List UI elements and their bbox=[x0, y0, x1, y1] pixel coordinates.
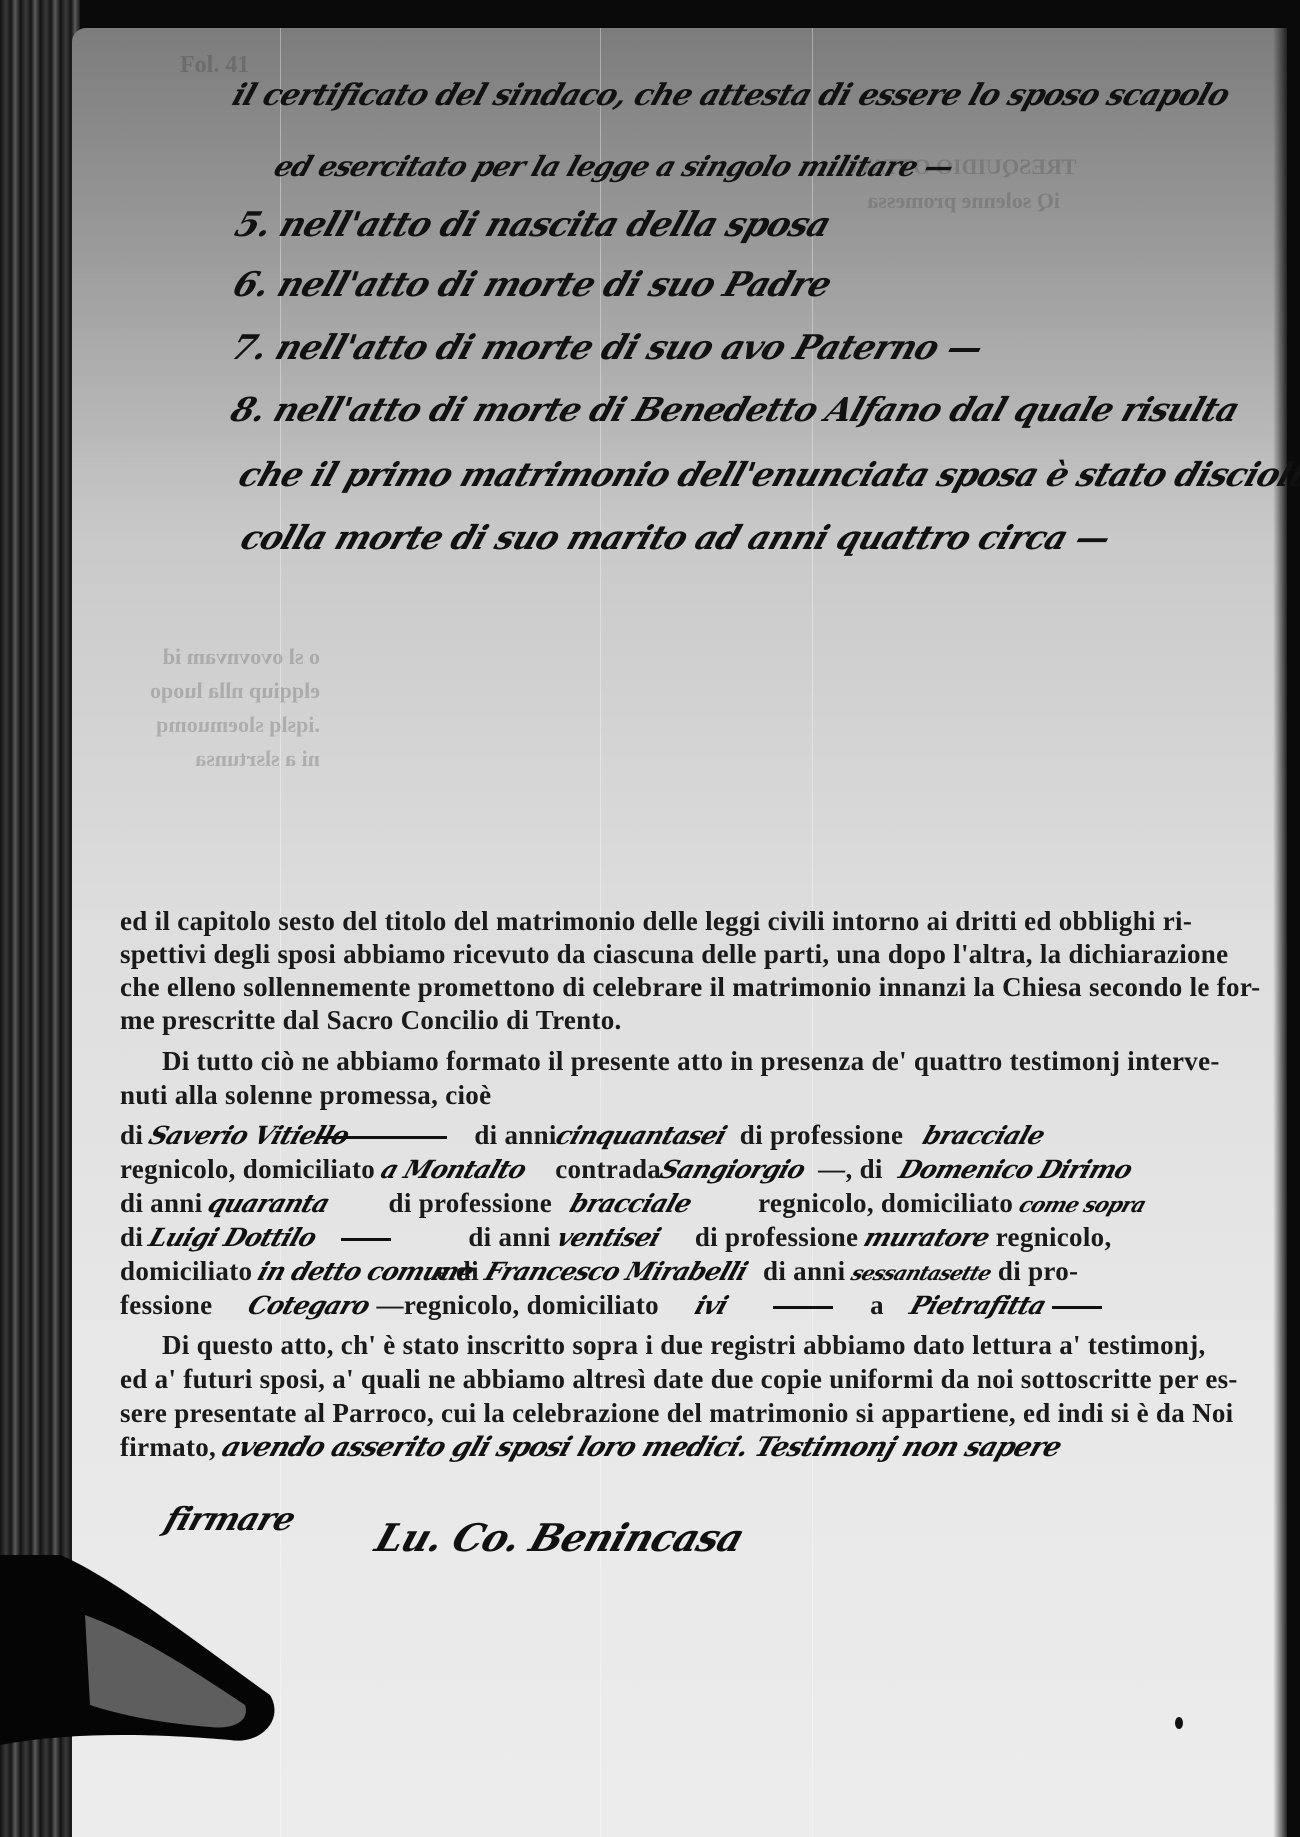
witness-3-profession: muratore bbox=[860, 1221, 994, 1254]
printed-line: ed a' futuri sposi, a' quali ne abbiamo … bbox=[120, 1363, 1238, 1396]
printed-line: ed il capitolo sesto del titolo del matr… bbox=[120, 905, 1192, 938]
printed-line: sere presentate al Parroco, cui la celeb… bbox=[120, 1397, 1233, 1430]
printed-line: spettivi degli sposi abbiamo ricevuto da… bbox=[120, 938, 1228, 971]
handwritten-note-line: ed esercitato per la legge a singolo mil… bbox=[270, 150, 958, 183]
printed-form-body: ed il capitolo sesto del titolo del matr… bbox=[120, 905, 1260, 1505]
blank-dash bbox=[341, 1238, 391, 1241]
binder-clip-shadow bbox=[0, 1555, 280, 1745]
signature: Lu. Co. Benincasa bbox=[370, 1515, 750, 1560]
witness-4-domicile: ivi bbox=[691, 1289, 762, 1322]
witness-3-domicile: in detto comune bbox=[254, 1255, 435, 1288]
witness-4-place: Pietrafitta bbox=[906, 1289, 1050, 1322]
witness-4-name: Francesco Mirabelli bbox=[481, 1255, 722, 1288]
handwritten-note-line: 6. nell'atto di morte di suo Padre bbox=[228, 265, 836, 305]
folio-number: Fol. 41 bbox=[180, 52, 249, 79]
witness-1-name: Saverio Vitiello bbox=[145, 1119, 296, 1152]
handwritten-note-line: che il primo matrimonio dell'enunciata s… bbox=[234, 455, 1300, 494]
blank-dash bbox=[1052, 1306, 1102, 1309]
witness-4-profession: Cotegaro bbox=[244, 1289, 375, 1322]
handwritten-note-line: colla morte di suo marito ad anni quattr… bbox=[236, 518, 1115, 557]
witness-2-domicile: come sopra bbox=[1015, 1188, 1151, 1221]
bleed-through-text: o sl ovovnvam id elqqiup nlla luoqo .iqs… bbox=[150, 640, 320, 776]
witness-1-contrada: Sangiorgio bbox=[656, 1153, 817, 1186]
printed-line: nuti alla solenne promessa, cioè bbox=[120, 1079, 491, 1112]
witness-1-line-2: regnicolo, domiciliato a Montalto contra… bbox=[120, 1153, 1131, 1186]
printed-line: me prescritte dal Sacro Concilio di Tren… bbox=[120, 1004, 622, 1037]
handwritten-note-line: 7. nell'atto di morte di suo avo Paterno… bbox=[226, 328, 988, 368]
printed-line: Di questo atto, ch' è stato inscritto so… bbox=[162, 1329, 1206, 1362]
witness-2-age: quaranta bbox=[204, 1187, 365, 1220]
ink-spot bbox=[1175, 1717, 1183, 1729]
handwritten-note-line: il certificato del sindaco, che attesta … bbox=[228, 78, 1234, 113]
handwritten-note-line: 8. nell'atto di morte di Benedetto Alfan… bbox=[226, 390, 1244, 429]
witness-4-line: fessione Cotegaro —regnicolo, domiciliat… bbox=[120, 1289, 1102, 1322]
witness-1-line: di Saverio Vitiello di annicinquantasei … bbox=[120, 1119, 1044, 1152]
printed-line: Di tutto ciò ne abbiamo formato il prese… bbox=[162, 1045, 1220, 1078]
witness-3-name: Luigi Dottilo bbox=[145, 1221, 306, 1254]
witness-1-profession: bracciale bbox=[919, 1119, 1049, 1152]
witness-2-profession: bracciale bbox=[566, 1187, 727, 1220]
witness-2-name: Domenico Dirimo bbox=[894, 1153, 1136, 1186]
handwritten-closing-line: firmare bbox=[160, 1500, 300, 1538]
witness-3-line-2: domiciliato in detto comune e di Frances… bbox=[120, 1255, 1078, 1290]
handwritten-closing-line: avendo asserito gli sposi loro medici. T… bbox=[218, 1431, 1066, 1464]
printed-line: che elleno sollennemente promettono di c… bbox=[120, 971, 1260, 1004]
handwritten-note-line: 5. nell'atto di nascita della sposa bbox=[230, 205, 835, 245]
printed-line: firmato, avendo asserito gli sposi loro … bbox=[120, 1431, 1060, 1464]
page-right-edge bbox=[1273, 28, 1287, 1837]
blank-dash bbox=[773, 1306, 833, 1309]
document-scan: Fol. 41 o sl ovovnvam id elqqiup nlla lu… bbox=[0, 0, 1300, 1837]
witness-3-age: ventisei bbox=[552, 1221, 693, 1254]
witness-4-age: sessantasette bbox=[847, 1257, 996, 1290]
witness-2-line: di anni quaranta di professione braccial… bbox=[120, 1187, 1145, 1221]
witness-1-age: cinquantasei bbox=[551, 1119, 712, 1152]
witness-1-domicile: a Montalto bbox=[377, 1153, 528, 1186]
witness-3-line: di Luigi Dottilo di anni ventisei di pro… bbox=[120, 1221, 1112, 1254]
